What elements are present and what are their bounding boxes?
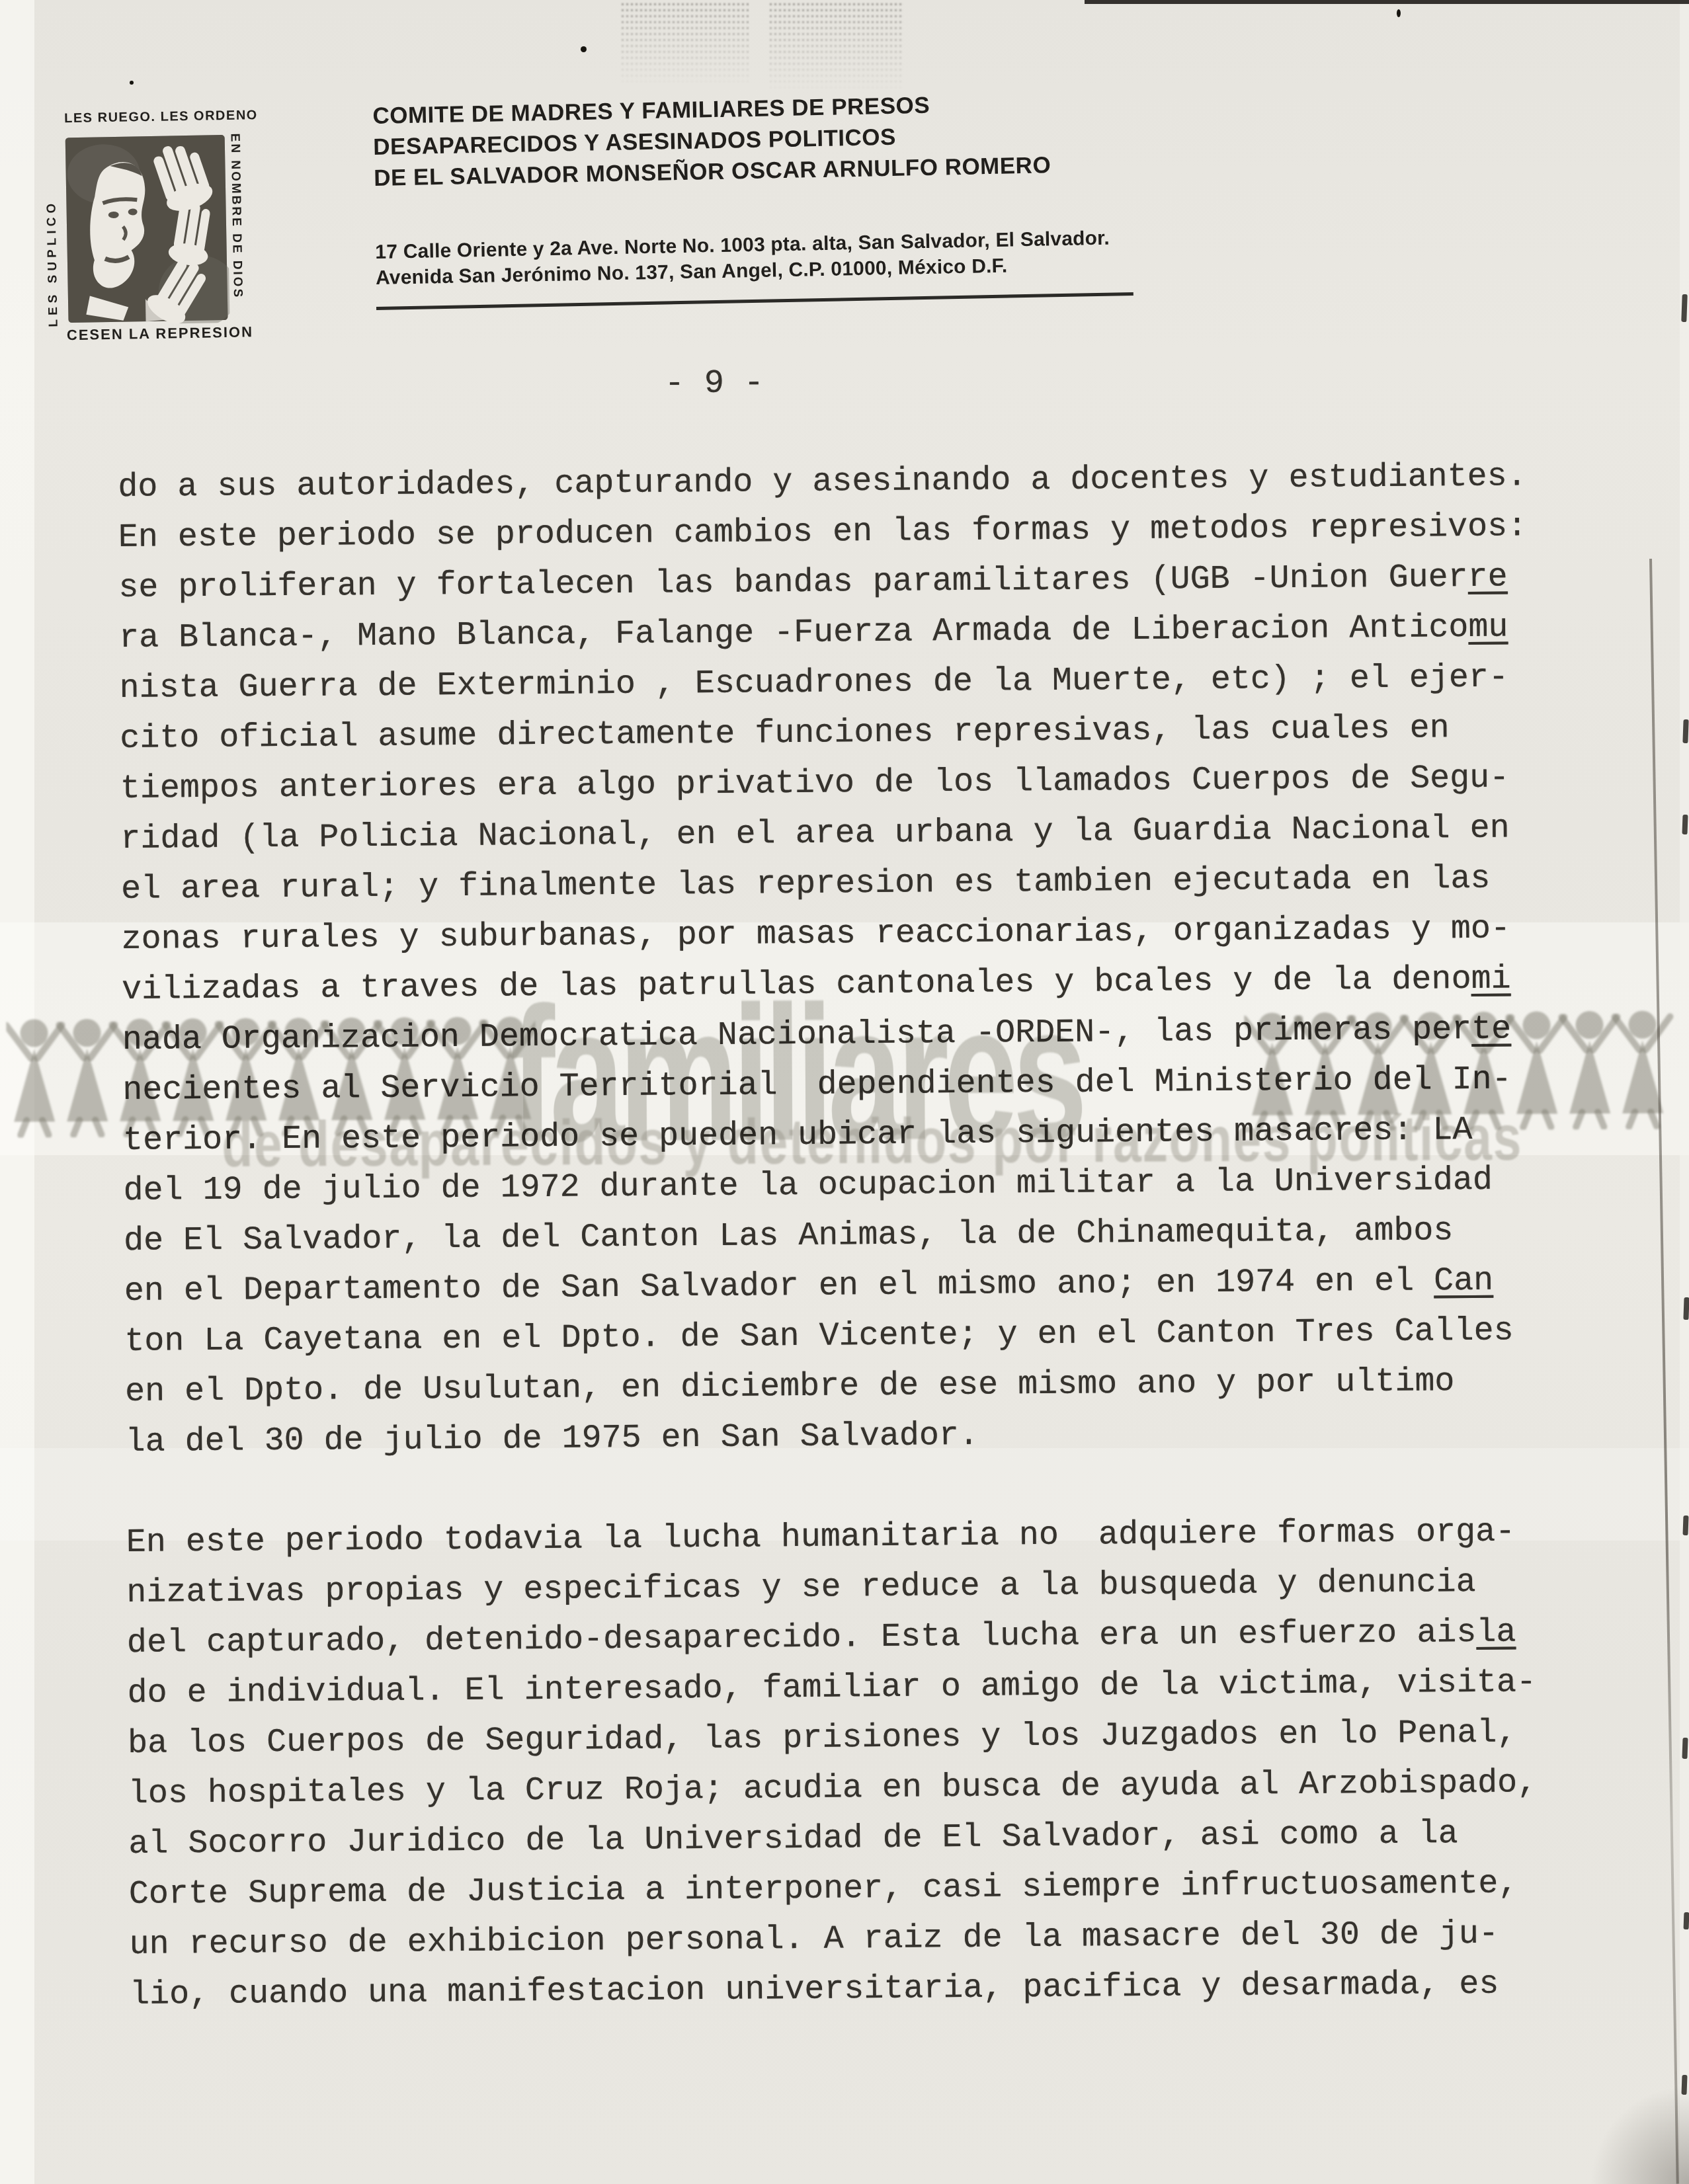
- paragraph: do a sus autoridades, capturando y asesi…: [118, 452, 1534, 1468]
- scan-edge-left: [0, 0, 34, 2184]
- typed-line: lio, cuando una manifestacion universita…: [130, 1959, 1539, 2021]
- letterhead-rule: [376, 292, 1133, 310]
- scan-smudge: [768, 1, 904, 94]
- logo-text-right: EN NOMBRE DE DIOS: [227, 134, 245, 325]
- logo-text-top: LES RUEGO. LES ORDENO: [64, 108, 258, 126]
- typed-line: la del 30 de julio de 1975 en San Salvad…: [125, 1406, 1534, 1468]
- logo-text-bottom: CESEN LA REPRESION: [67, 323, 254, 344]
- scan-edge-right: [1680, 0, 1689, 2184]
- scanned-document-page: LES RUEGO. LES ORDENO LES SUPLICO EN NOM…: [0, 0, 1689, 2184]
- organization-name: COMITE DE MADRES Y FAMILIARES DE PRESOSD…: [372, 83, 1299, 194]
- letterhead: COMITE DE MADRES Y FAMILIARES DE PRESOSD…: [372, 83, 1302, 310]
- scan-smudge: [620, 1, 749, 87]
- scan-edge-strip: [1085, 0, 1689, 4]
- romero-face-hands-icon: [63, 132, 230, 325]
- typed-body: do a sus autoridades, capturando y asesi…: [118, 452, 1539, 2021]
- scan-fold-crease: [1649, 559, 1679, 2184]
- scan-speck: [1397, 9, 1401, 17]
- scan-speck: [130, 81, 134, 85]
- paragraph: En este periodo todavia la lucha humanit…: [126, 1507, 1539, 2021]
- address-block: 17 Calle Oriente y 2a Ave. Norte No. 100…: [375, 222, 1301, 291]
- logo-text-left: LES SUPLICO: [44, 138, 62, 327]
- page-number: - 9 -: [665, 364, 764, 403]
- scan-speck: [581, 46, 587, 52]
- scan-corner-shadow: [1590, 2085, 1689, 2184]
- committee-logo: LES RUEGO. LES ORDENO LES SUPLICO EN NOM…: [39, 91, 262, 359]
